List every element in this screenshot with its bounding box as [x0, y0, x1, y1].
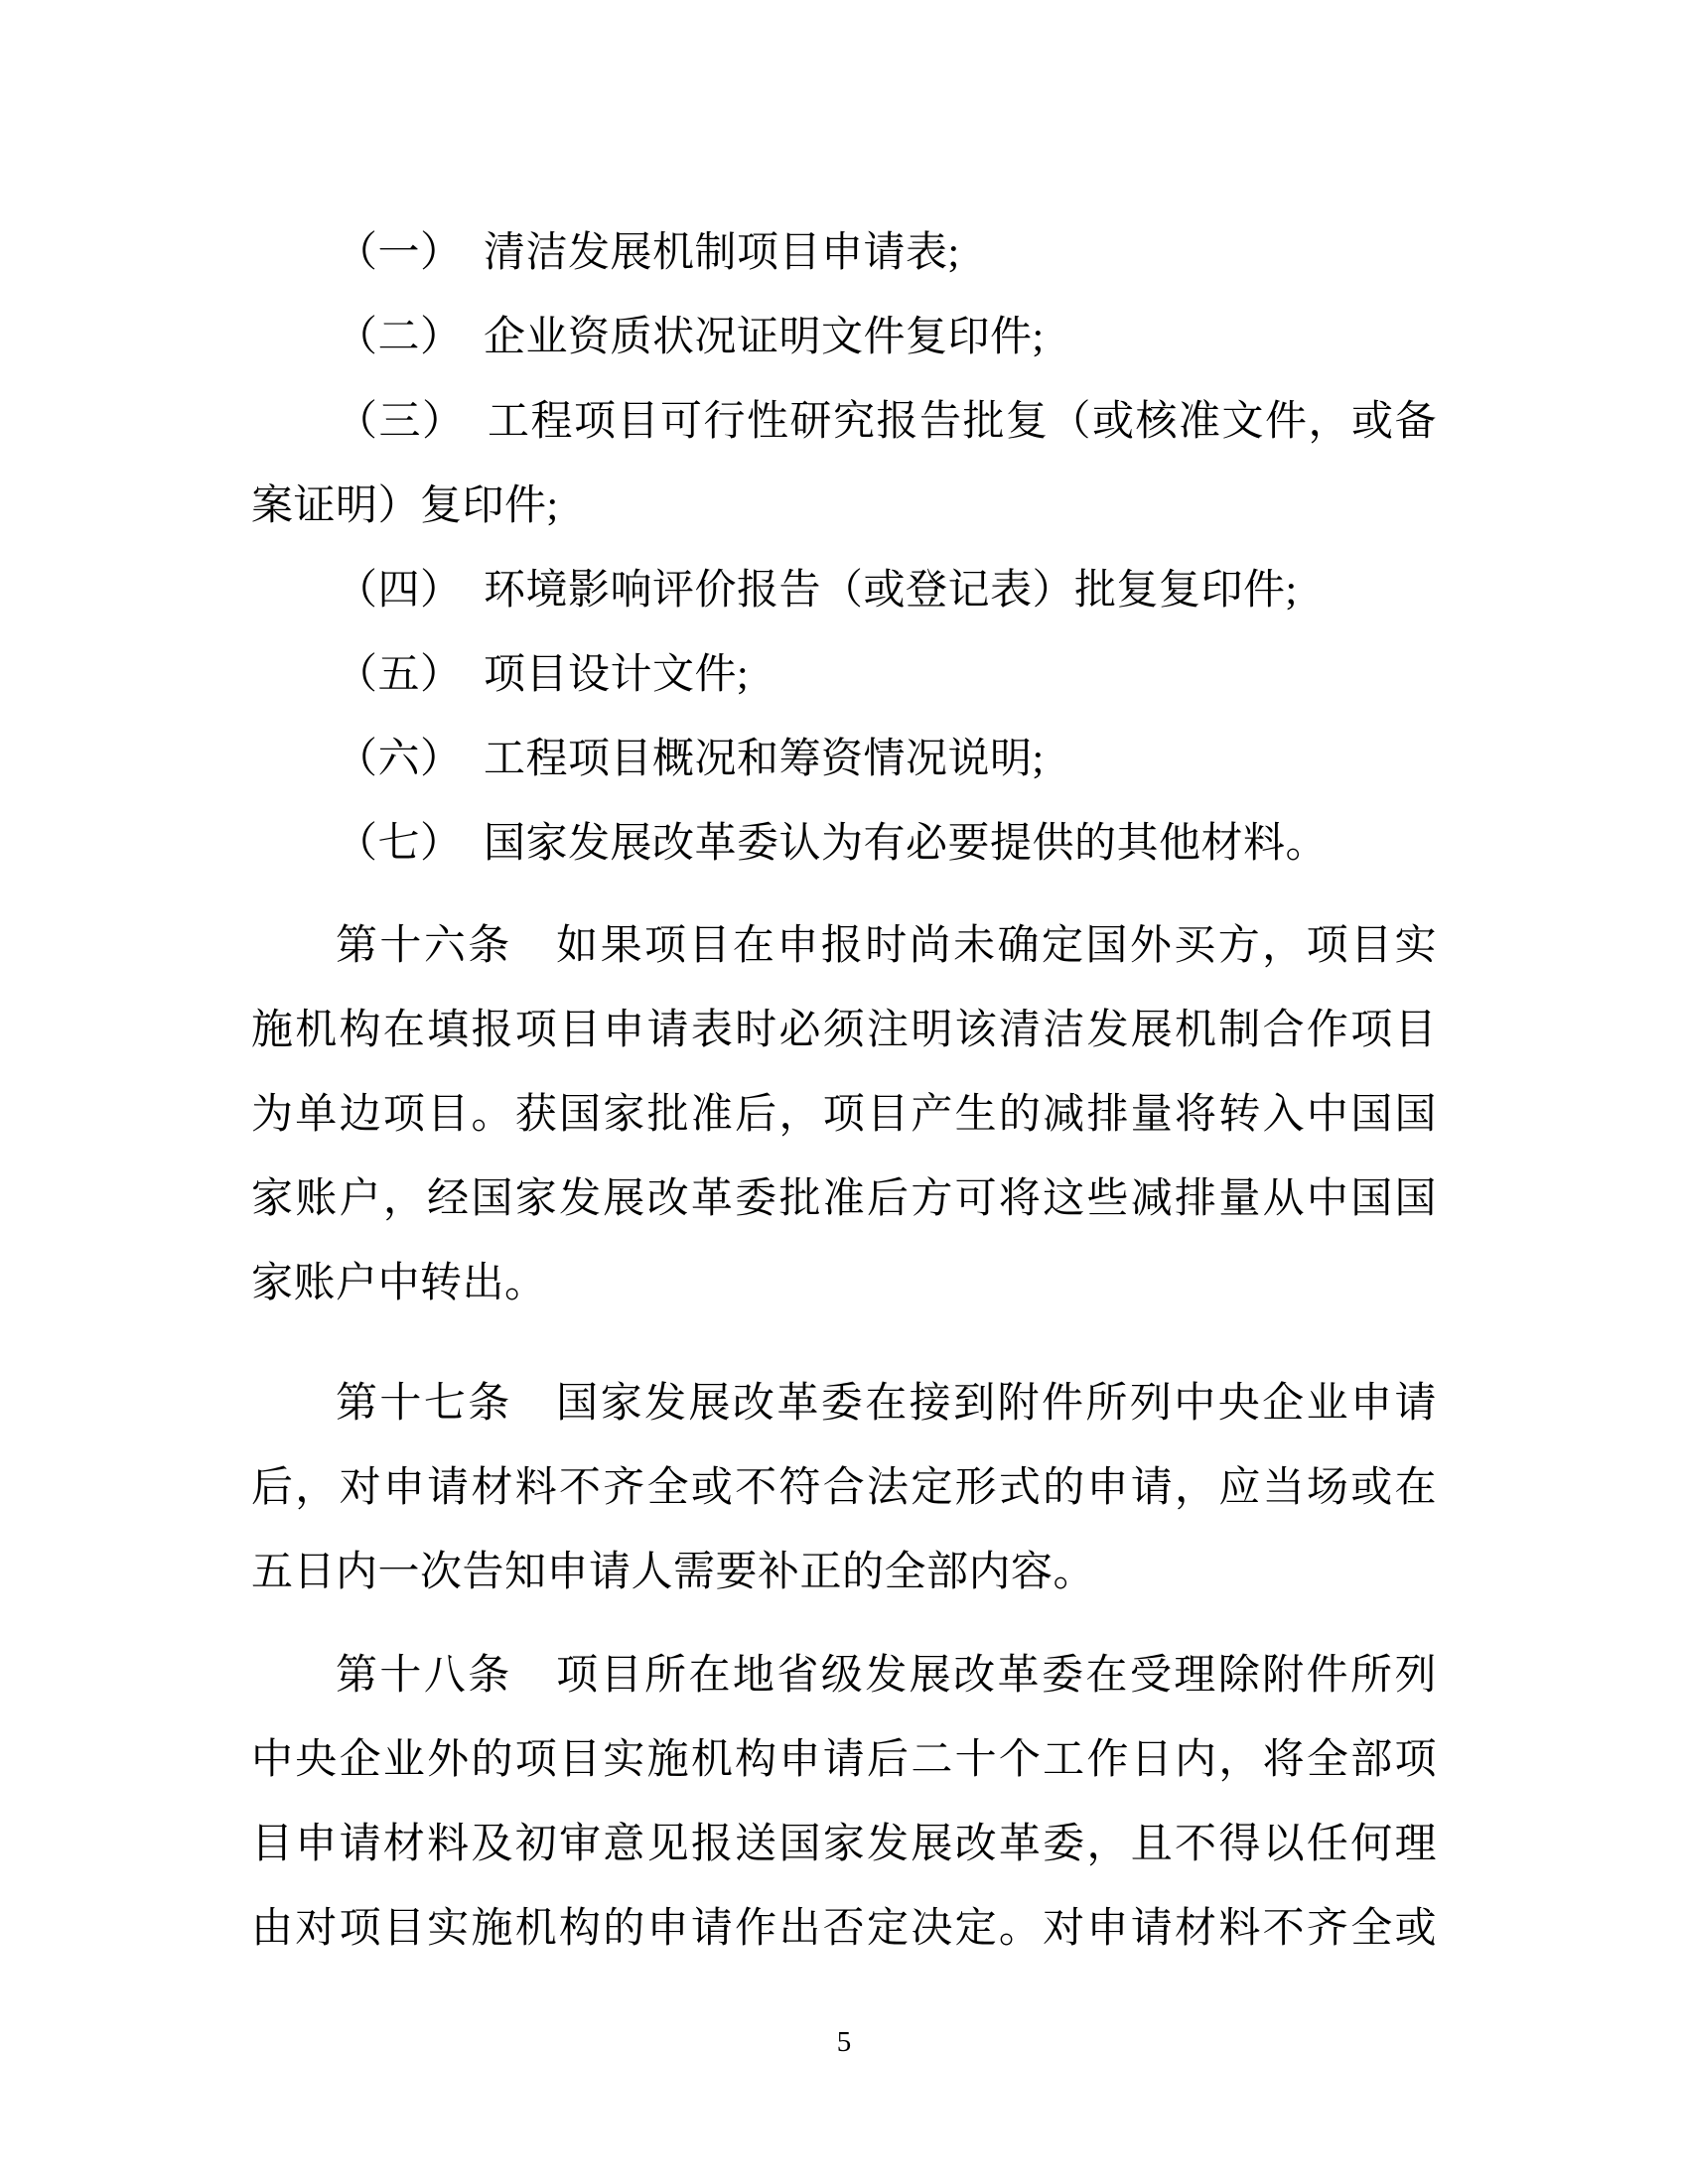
list-item-4: （四） 环境影响评价报告（或登记表）批复复印件;	[251, 549, 1437, 633]
article-16-line-3: 为单边项目。获国家批准后，项目产生的减排量将转入中国国	[251, 1073, 1437, 1158]
article-18-line-3: 目申请材料及初审意见报送国家发展改革委，且不得以任何理	[251, 1803, 1437, 1887]
article-18-line-1: 第十八条 项目所在地省级发展改革委在受理除附件所列	[251, 1634, 1437, 1718]
list-item-6: （六） 工程项目概况和筹资情况说明;	[251, 718, 1437, 802]
list-item-3: （三） 工程项目可行性研究报告批复（或核准文件，或备	[251, 380, 1437, 465]
article-16-line-1: 第十六条 如果项目在申报时尚未确定国外买方，项目实	[251, 904, 1437, 989]
list-item-1: （一） 清洁发展机制项目申请表;	[251, 211, 1437, 296]
list-item-3-continuation: 案证明）复印件;	[251, 465, 1437, 549]
list-item-5: （五） 项目设计文件;	[251, 633, 1437, 718]
document-page: （一） 清洁发展机制项目申请表; （二） 企业资质状况证明文件复印件; （三） …	[0, 0, 1688, 2184]
article-16: 第十六条 如果项目在申报时尚未确定国外买方，项目实 施机构在填报项目申请表时必须…	[251, 904, 1437, 1326]
article-17-line-3: 五日内一次告知申请人需要补正的全部内容。	[251, 1531, 1437, 1615]
article-16-line-5: 家账户中转出。	[251, 1242, 1437, 1326]
article-18-line-2: 中央企业外的项目实施机构申请后二十个工作日内，将全部项	[251, 1718, 1437, 1803]
attachment-list: （一） 清洁发展机制项目申请表; （二） 企业资质状况证明文件复印件; （三） …	[251, 211, 1437, 887]
list-item-7: （七） 国家发展改革委认为有必要提供的其他材料。	[251, 802, 1437, 887]
article-16-line-2: 施机构在填报项目申请表时必须注明该清洁发展机制合作项目	[251, 989, 1437, 1073]
article-17-line-2: 后，对申请材料不齐全或不符合法定形式的申请，应当场或在	[251, 1446, 1437, 1531]
article-18: 第十八条 项目所在地省级发展改革委在受理除附件所列 中央企业外的项目实施机构申请…	[251, 1634, 1437, 1972]
document-body: （一） 清洁发展机制项目申请表; （二） 企业资质状况证明文件复印件; （三） …	[251, 211, 1437, 1972]
article-18-line-4: 由对项目实施机构的申请作出否定决定。对申请材料不齐全或	[251, 1887, 1437, 1972]
article-17: 第十七条 国家发展改革委在接到附件所列中央企业申请 后，对申请材料不齐全或不符合…	[251, 1362, 1437, 1615]
article-17-line-1: 第十七条 国家发展改革委在接到附件所列中央企业申请	[251, 1362, 1437, 1446]
article-16-line-4: 家账户，经国家发展改革委批准后方可将这些减排量从中国国	[251, 1158, 1437, 1242]
page-number: 5	[0, 2021, 1688, 2063]
list-item-2: （二） 企业资质状况证明文件复印件;	[251, 296, 1437, 380]
